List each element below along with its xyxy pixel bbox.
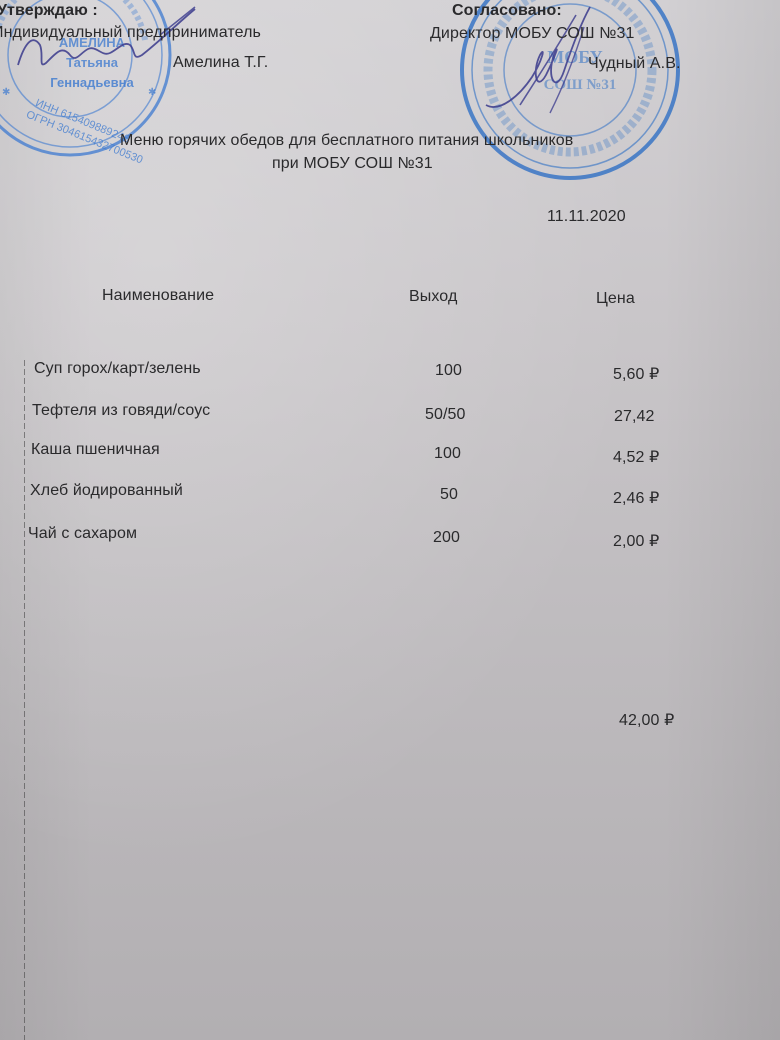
row-item-name: Каша пшеничная [31,441,160,459]
row-item-yield: 200 [433,529,460,547]
document-title-line2: при МОБУ СОШ №31 [272,155,433,173]
stamp-right-line2: СОШ №31 [544,77,617,93]
paper-fold-line [24,360,25,1040]
row-item-price: 2,46 ₽ [613,488,659,508]
row-item-price: 4,52 ₽ [613,447,659,467]
row-item-price: 27,42 [614,408,655,426]
menu-total-price: 42,00 ₽ [619,710,674,730]
row-item-yield: 100 [434,445,461,463]
stamp-left-line2: Татьяна [66,55,119,70]
row-item-name: Тефтеля из говяди/соус [32,402,210,420]
row-item-yield: 50 [440,486,458,504]
document-date: 11.11.2020 [547,208,626,226]
column-header-price: Цена [596,290,635,308]
svg-text:✱: ✱ [2,87,10,98]
row-item-price: 2,00 ₽ [613,531,659,551]
column-header-yield: Выход [409,288,457,306]
svg-text:✱: ✱ [148,87,156,98]
row-item-name: Суп горох/карт/зелень [34,360,201,378]
approval-label: Утверждаю : [0,2,98,20]
stamp-left-line3: Геннадьевна [50,75,134,90]
column-header-name: Наименование [102,287,214,305]
approval-position: Индивидуальный предприниматель [0,24,261,42]
approval-name: Амелина Т.Г. [173,54,268,72]
agreement-name: Чудный А.В. [588,55,681,73]
row-item-yield: 100 [435,362,462,380]
stamp-left-inn: ИНН 615409889246 [34,97,131,146]
row-item-name: Чай с сахаром [28,525,137,543]
agreement-label: Согласовано: [452,2,562,20]
row-item-price: 5,60 ₽ [613,364,659,384]
row-item-yield: 50/50 [425,406,466,424]
document-title-line1: Меню горячих обедов для бесплатного пита… [120,132,573,150]
row-item-name: Хлеб йодированный [30,482,183,500]
agreement-position: Директор МОБУ СОШ №31 [430,25,634,43]
